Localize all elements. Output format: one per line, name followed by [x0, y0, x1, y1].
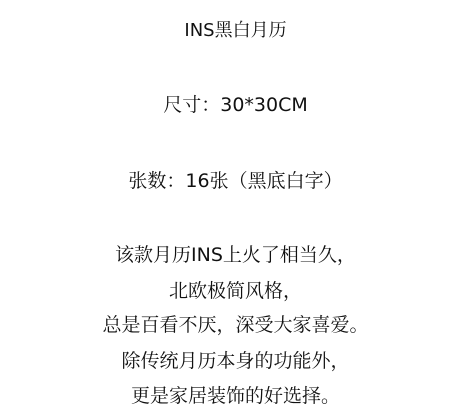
- description-line: 北欧极简风格，: [0, 279, 471, 303]
- description-line: 更是家居装饰的好选择。: [0, 384, 471, 408]
- size-spec: 尺寸：30*30CM: [0, 93, 471, 117]
- description-line: 总是百看不厌，深受大家喜爱。: [0, 313, 471, 337]
- description-line: 该款月历INS上火了相当久，: [0, 243, 471, 267]
- description-line: 除传统月历本身的功能外，: [0, 349, 471, 373]
- product-title: INS黑白月历: [0, 19, 471, 43]
- sheet-count-spec: 张数：16张（黑底白字）: [0, 169, 471, 193]
